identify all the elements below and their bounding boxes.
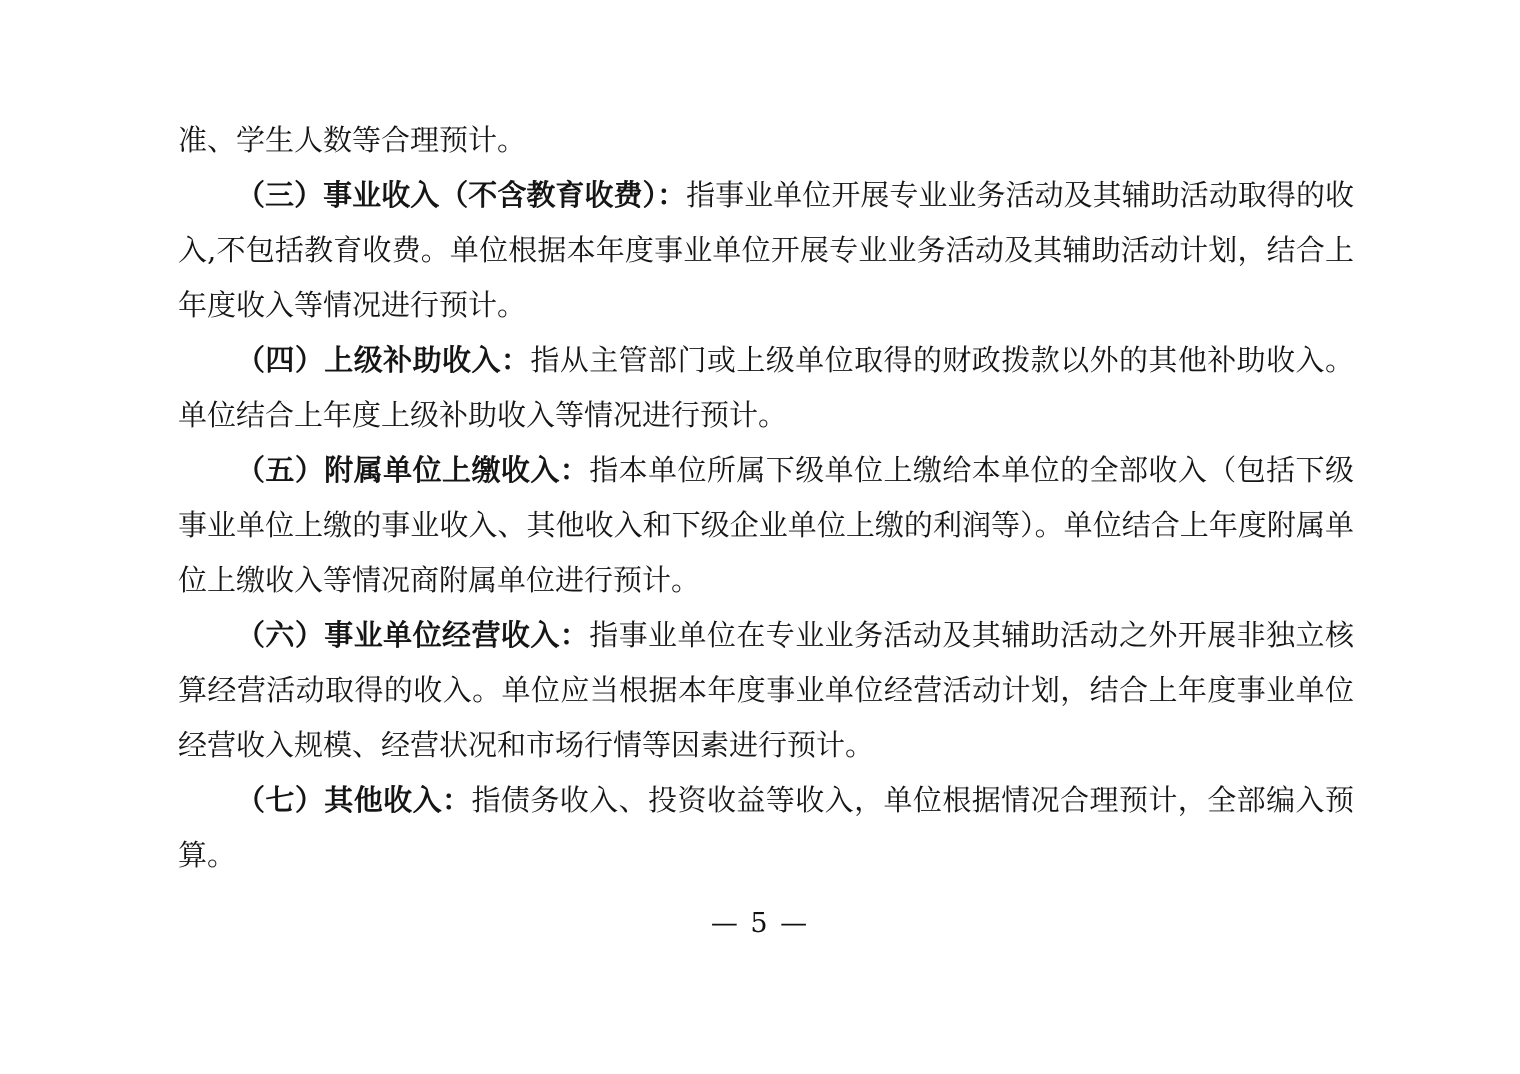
paragraph-3-label: （三）事业收入（不含教育收费）： (236, 178, 686, 212)
paragraph-4-label: （四）上级补助收入： (236, 343, 530, 377)
document-page: 准、学生人数等合理预计。 （三）事业收入（不含教育收费）：指事业单位开展专业业务… (0, 0, 1520, 1074)
paragraph-5: （五）附属单位上缴收入：指本单位所属下级单位上缴给本单位的全部收入（包括下级事业… (178, 443, 1354, 608)
paragraph-5-label: （五）附属单位上缴收入： (236, 453, 589, 487)
continuation-line: 准、学生人数等合理预计。 (178, 113, 1354, 168)
paragraph-7: （七）其他收入：指债务收入、投资收益等收入，单位根据情况合理预计，全部编入预算。 (178, 773, 1354, 883)
paragraph-7-label: （七）其他收入： (236, 783, 471, 817)
paragraph-4: （四）上级补助收入：指从主管部门或上级单位取得的财政拨款以外的其他补助收入。单位… (178, 333, 1354, 443)
paragraph-6: （六）事业单位经营收入：指事业单位在专业业务活动及其辅助活动之外开展非独立核算经… (178, 608, 1354, 773)
document-body: 准、学生人数等合理预计。 （三）事业收入（不含教育收费）：指事业单位开展专业业务… (178, 113, 1354, 883)
page-number: — 5 — (0, 908, 1520, 939)
paragraph-3: （三）事业收入（不含教育收费）：指事业单位开展专业业务活动及其辅助活动取得的收入… (178, 168, 1354, 333)
paragraph-6-label: （六）事业单位经营收入： (236, 618, 589, 652)
